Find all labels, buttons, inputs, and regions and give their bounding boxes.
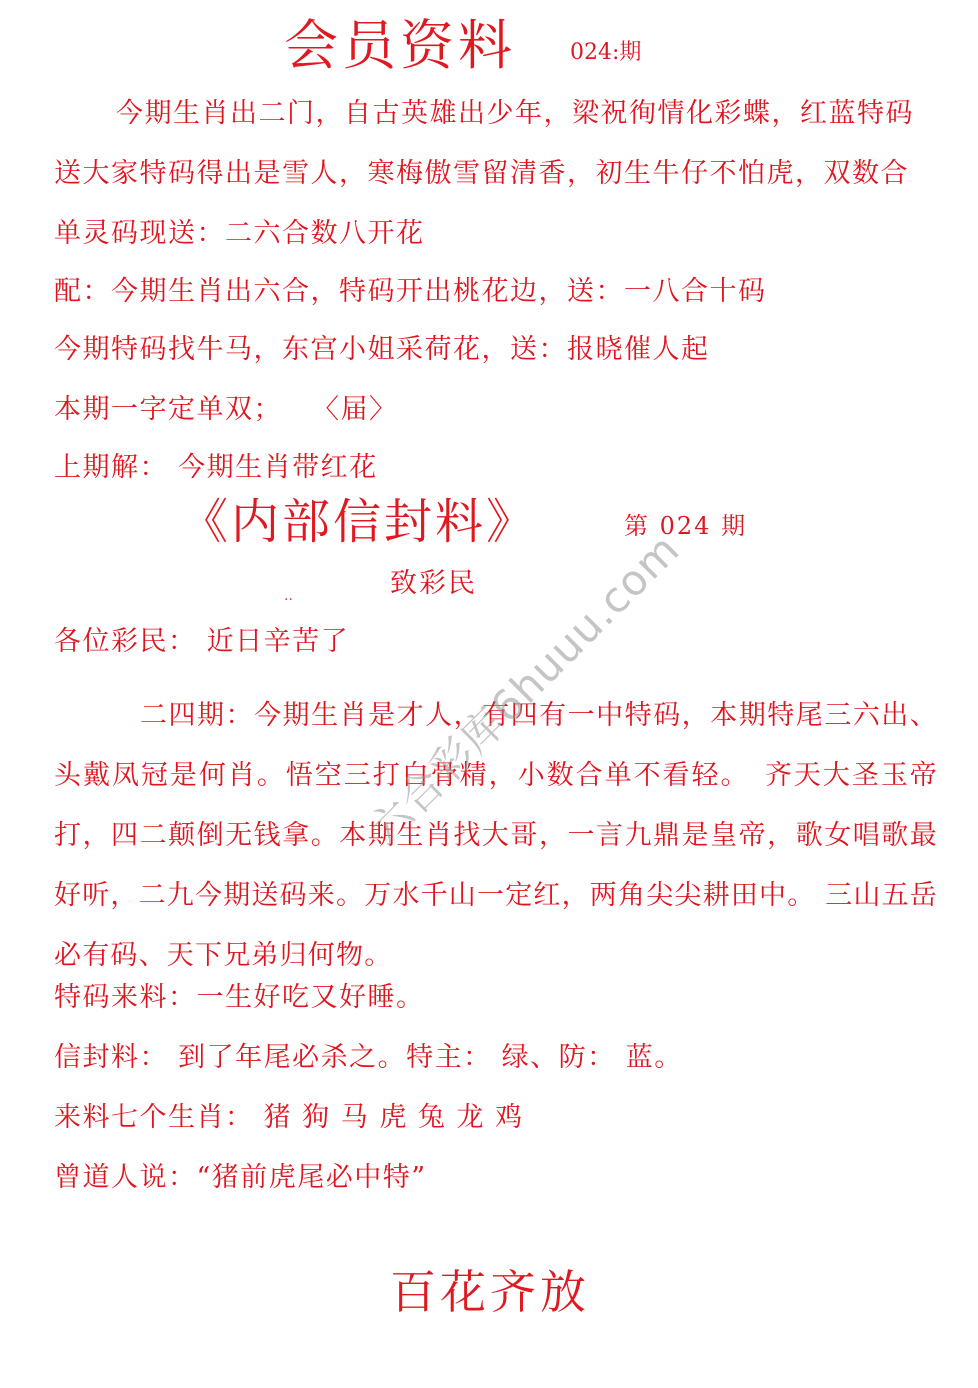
member-line-6: 本期一字定单双； 〈届〉 — [54, 392, 398, 428]
decorative-dots: .. — [284, 586, 293, 606]
member-line-2: 送大家特码得出是雪人，寒梅傲雪留清香，初生牛仔不怕虎，双数合 — [54, 156, 909, 192]
envelope-item-2: 信封料： 到了年尾必杀之。特主： 绿、防： 蓝。 — [54, 1040, 683, 1076]
envelope-issue: 第 024 期 — [624, 510, 747, 542]
member-line-1: 今期生肖出二门，自古英雄出少年，梁祝徇情化彩蝶，红蓝特码 — [116, 96, 914, 132]
member-line-3: 单灵码现送：二六合数八开花 — [54, 216, 425, 252]
envelope-title: 《内部信封料》 — [180, 492, 537, 552]
envelope-item-3: 来料七个生肖： 猪 狗 马 虎 兔 龙 鸡 — [54, 1100, 524, 1136]
member-line-7: 上期解： 今期生肖带红花 — [54, 450, 378, 486]
envelope-greeting: 各位彩民： 近日辛苦了 — [54, 624, 349, 660]
envelope-item-4: 曾道人说：“猪前虎尾必中特” — [54, 1160, 427, 1196]
member-line-5: 今期特码找牛马，东宫小姐采荷花，送：报晓催人起 — [54, 332, 710, 368]
member-data-title: 会员资料 — [284, 14, 516, 78]
envelope-subtitle: 致彩民 — [390, 566, 477, 602]
footer-title: 百花齐放 — [390, 1262, 590, 1322]
envelope-item-1: 特码来料：一生好吃又好睡。 — [54, 980, 425, 1016]
member-line-4: 配：今期生肖出六合，特码开出桃花边，送：一八合十码 — [54, 274, 767, 310]
envelope-paragraph: 二四期：今期生肖是才人，有四有一中特码，本期特尾三六出、头戴凤冠是何肖。悟空三打… — [54, 686, 938, 986]
member-data-issue: 024:期 — [570, 38, 641, 68]
